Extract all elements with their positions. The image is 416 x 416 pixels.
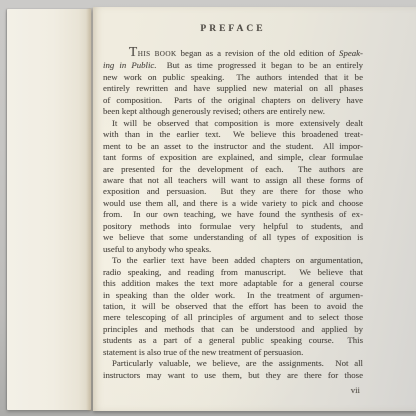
text-line: principles and methods that can be under… xyxy=(103,324,363,335)
text-line: useful to anybody who speaks. xyxy=(103,244,363,255)
text-line: ment to be an asset to the instructor an… xyxy=(103,141,363,152)
book-page: PREFACE THIS BOOK began as a revision of… xyxy=(93,7,416,411)
text-line: It will be observed that composition is … xyxy=(103,118,363,129)
italic-title-text: Speak- xyxy=(339,48,363,58)
text-line: of composition. Parts of the original ch… xyxy=(103,95,363,106)
text-line: would use them all, and there is a wide … xyxy=(103,198,363,209)
text-line: aware that not all teachers will want to… xyxy=(103,175,363,186)
text-line: with than in the earlier text. We believ… xyxy=(103,129,363,140)
text-line: we believe that some understanding of al… xyxy=(103,232,363,243)
text-line: are presented for the development of eac… xyxy=(103,164,363,175)
text-line: statement is also true of the new treatm… xyxy=(103,347,363,358)
text-line: pository methods into formulae very help… xyxy=(103,221,363,232)
text-line: been kept although generously revised; o… xyxy=(103,106,363,117)
text-line: Particularly valuable, we believe, are t… xyxy=(103,358,363,369)
italic-title-text: ing in Public. xyxy=(103,60,157,70)
facing-page-edge xyxy=(7,9,91,410)
small-caps-text: HIS BOOK xyxy=(138,50,177,58)
text-line: this addition makes the text more adapta… xyxy=(103,278,363,289)
text-line: students as a part of a general public s… xyxy=(103,335,363,346)
text-line: radio speaking, and reading from manuscr… xyxy=(103,267,363,278)
text-segment: But as time progressed it began to be an… xyxy=(157,60,363,70)
text-line: from. In our own teaching, we have found… xyxy=(103,209,363,220)
paragraph: Particularly valuable, we believe, are t… xyxy=(103,358,363,381)
text-segment: began as a revision of the old edition o… xyxy=(177,48,339,58)
text-line: in speaking than the older work. In the … xyxy=(103,290,363,301)
text-line: THIS BOOK began as a revision of the old… xyxy=(103,48,363,60)
preface-paragraphs: THIS BOOK began as a revision of the old… xyxy=(103,48,363,381)
photo-background: PREFACE THIS BOOK began as a revision of… xyxy=(0,0,416,416)
text-line: mere telescoping of all principles of ar… xyxy=(103,312,363,323)
page-title: PREFACE xyxy=(103,24,363,34)
text-block: PREFACE THIS BOOK began as a revision of… xyxy=(103,7,363,395)
text-line: tation, it will be observed that the eff… xyxy=(103,301,363,312)
text-line: To the earlier text have been added chap… xyxy=(103,255,363,266)
paragraph: It will be observed that composition is … xyxy=(103,118,363,255)
page-number: vii xyxy=(103,385,363,395)
drop-cap: T xyxy=(129,44,138,59)
text-line: ing in Public. But as time progressed it… xyxy=(103,60,363,71)
paragraph: THIS BOOK began as a revision of the old… xyxy=(103,48,363,118)
text-line: entirely rewritten and have supplied new… xyxy=(103,83,363,94)
text-line: new work on public speaking. The authors… xyxy=(103,72,363,83)
text-line: instructors may want to use them, but th… xyxy=(103,370,363,381)
text-line: tant forms of exposition are explained, … xyxy=(103,152,363,163)
paragraph: To the earlier text have been added chap… xyxy=(103,255,363,358)
text-line: exposition and persuasion. But they are … xyxy=(103,186,363,197)
